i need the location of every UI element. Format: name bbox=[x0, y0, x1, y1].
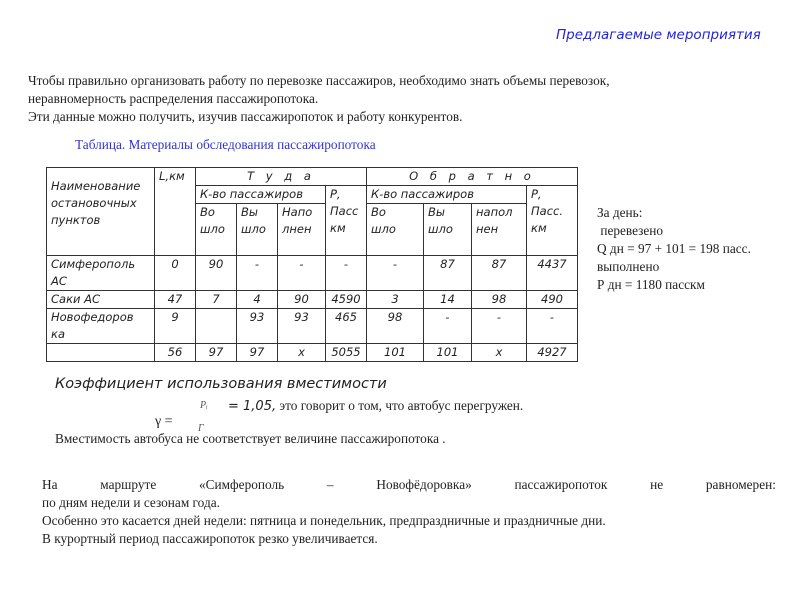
cell-backward-boarded: 101 bbox=[367, 344, 424, 362]
header-forward-filled: Наполнен bbox=[278, 204, 326, 256]
capacity-note: Вместимость автобуса не соответствует ве… bbox=[55, 431, 446, 447]
cell-forward-filled: 93 bbox=[278, 309, 326, 344]
coefficient-comment: это говорит о том, что автобус перегруже… bbox=[276, 398, 523, 413]
cell-backward-p: - bbox=[527, 309, 578, 344]
cell-stop-name: Новофедоровка bbox=[47, 309, 155, 344]
header-stop-name: Наименование остановочных пунктов bbox=[47, 168, 155, 256]
cell-backward-p: 4437 bbox=[527, 256, 578, 291]
header-backward-filled: наполнен bbox=[472, 204, 527, 256]
cell-backward-boarded: - bbox=[367, 256, 424, 291]
route-line: Особенно это касается дней недели: пятни… bbox=[42, 512, 776, 530]
coefficient-title: Коэффициент использования вместимости bbox=[55, 376, 387, 392]
route-notes: На маршруте «Симферополь – Новофёдоровка… bbox=[42, 476, 776, 548]
table-row: Новофедоровка 9 93 93 465 98 - - - bbox=[47, 309, 578, 344]
cell-forward-boarded: 97 bbox=[196, 344, 237, 362]
cell-forward-filled: - bbox=[278, 256, 326, 291]
header-backward-boarded: Вошло bbox=[367, 204, 424, 256]
route-first-line: На маршруте «Симферополь – Новофёдоровка… bbox=[42, 476, 776, 494]
header-forward-alighted: Вышло bbox=[237, 204, 278, 256]
cell-forward-p: 465 bbox=[326, 309, 367, 344]
cell-distance: 9 bbox=[155, 309, 196, 344]
cell-forward-alighted: 93 bbox=[237, 309, 278, 344]
cell-stop-name bbox=[47, 344, 155, 362]
cell-forward-filled: 90 bbox=[278, 291, 326, 309]
cell-backward-p: 4927 bbox=[527, 344, 578, 362]
cell-forward-alighted: 97 bbox=[237, 344, 278, 362]
route-line: по дням недели и сезонам года. bbox=[42, 494, 776, 512]
header-backward-p: Р, Пасс. км bbox=[527, 186, 578, 256]
cell-distance: 56 bbox=[155, 344, 196, 362]
cell-backward-filled: 87 bbox=[472, 256, 527, 291]
cell-backward-filled: 98 bbox=[472, 291, 527, 309]
intro-line: Чтобы правильно организовать работу по п… bbox=[28, 72, 748, 90]
header-forward-p: Р, Пасс км bbox=[326, 186, 367, 256]
route-line: В курортный период пассажиропоток резко … bbox=[42, 530, 776, 548]
cell-forward-p: - bbox=[326, 256, 367, 291]
cell-backward-alighted: 14 bbox=[424, 291, 472, 309]
daily-summary: За день: перевезеноQ дн = 97 + 101 = 198… bbox=[597, 204, 751, 294]
cell-backward-alighted: 87 bbox=[424, 256, 472, 291]
intro-paragraph: Чтобы правильно организовать работу по п… bbox=[28, 72, 748, 126]
cell-forward-alighted: 4 bbox=[237, 291, 278, 309]
cell-distance: 47 bbox=[155, 291, 196, 309]
table-row: СимферопольАС 0 90 - - - - 87 87 4437 bbox=[47, 256, 578, 291]
cell-backward-boarded: 3 bbox=[367, 291, 424, 309]
header-forward-passengers: К-во пассажиров bbox=[196, 186, 326, 204]
passenger-flow-table: Наименование остановочных пунктов L,км Т… bbox=[46, 167, 578, 362]
cell-stop-name: Саки АС bbox=[47, 291, 155, 309]
header-forward-boarded: Вошло bbox=[196, 204, 237, 256]
intro-line: Эти данные можно получить, изучив пассаж… bbox=[28, 108, 748, 126]
cell-forward-boarded: 90 bbox=[196, 256, 237, 291]
cell-forward-p: 5055 bbox=[326, 344, 367, 362]
table-row-totals: 56 97 97 x 5055 101 101 x 4927 bbox=[47, 344, 578, 362]
header-backward-passengers: К-во пассажиров bbox=[367, 186, 527, 204]
cell-forward-alighted: - bbox=[237, 256, 278, 291]
cell-backward-filled: - bbox=[472, 309, 527, 344]
slide-heading: Предлагаемые мероприятия bbox=[556, 27, 761, 43]
cell-forward-p: 4590 bbox=[326, 291, 367, 309]
cell-backward-filled: x bbox=[472, 344, 527, 362]
cell-backward-p: 490 bbox=[527, 291, 578, 309]
cell-distance: 0 bbox=[155, 256, 196, 291]
coefficient-value: = 1,05, bbox=[228, 399, 276, 414]
table-caption: Таблица. Материалы обследования пассажир… bbox=[75, 137, 376, 153]
cell-forward-filled: x bbox=[278, 344, 326, 362]
table-row: Саки АС 47 7 4 90 4590 3 14 98 490 bbox=[47, 291, 578, 309]
header-backward-alighted: Вышло bbox=[424, 204, 472, 256]
header-row-1: Наименование остановочных пунктов L,км Т… bbox=[47, 168, 578, 186]
cell-forward-boarded bbox=[196, 309, 237, 344]
cell-backward-boarded: 98 bbox=[367, 309, 424, 344]
fraction-numerator: Pᵢ bbox=[200, 400, 208, 411]
gamma-symbol: γ = bbox=[155, 414, 173, 430]
header-forward: Т у д а bbox=[196, 168, 367, 186]
cell-backward-alighted: 101 bbox=[424, 344, 472, 362]
cell-forward-boarded: 7 bbox=[196, 291, 237, 309]
header-backward: О б р а т н о bbox=[367, 168, 578, 186]
header-distance: L,км bbox=[155, 168, 196, 256]
cell-backward-alighted: - bbox=[424, 309, 472, 344]
coefficient-value-line: = 1,05, это говорит о том, что автобус п… bbox=[228, 398, 523, 414]
cell-stop-name: СимферопольАС bbox=[47, 256, 155, 291]
intro-line: неравномерность распределения пассажироп… bbox=[28, 90, 748, 108]
